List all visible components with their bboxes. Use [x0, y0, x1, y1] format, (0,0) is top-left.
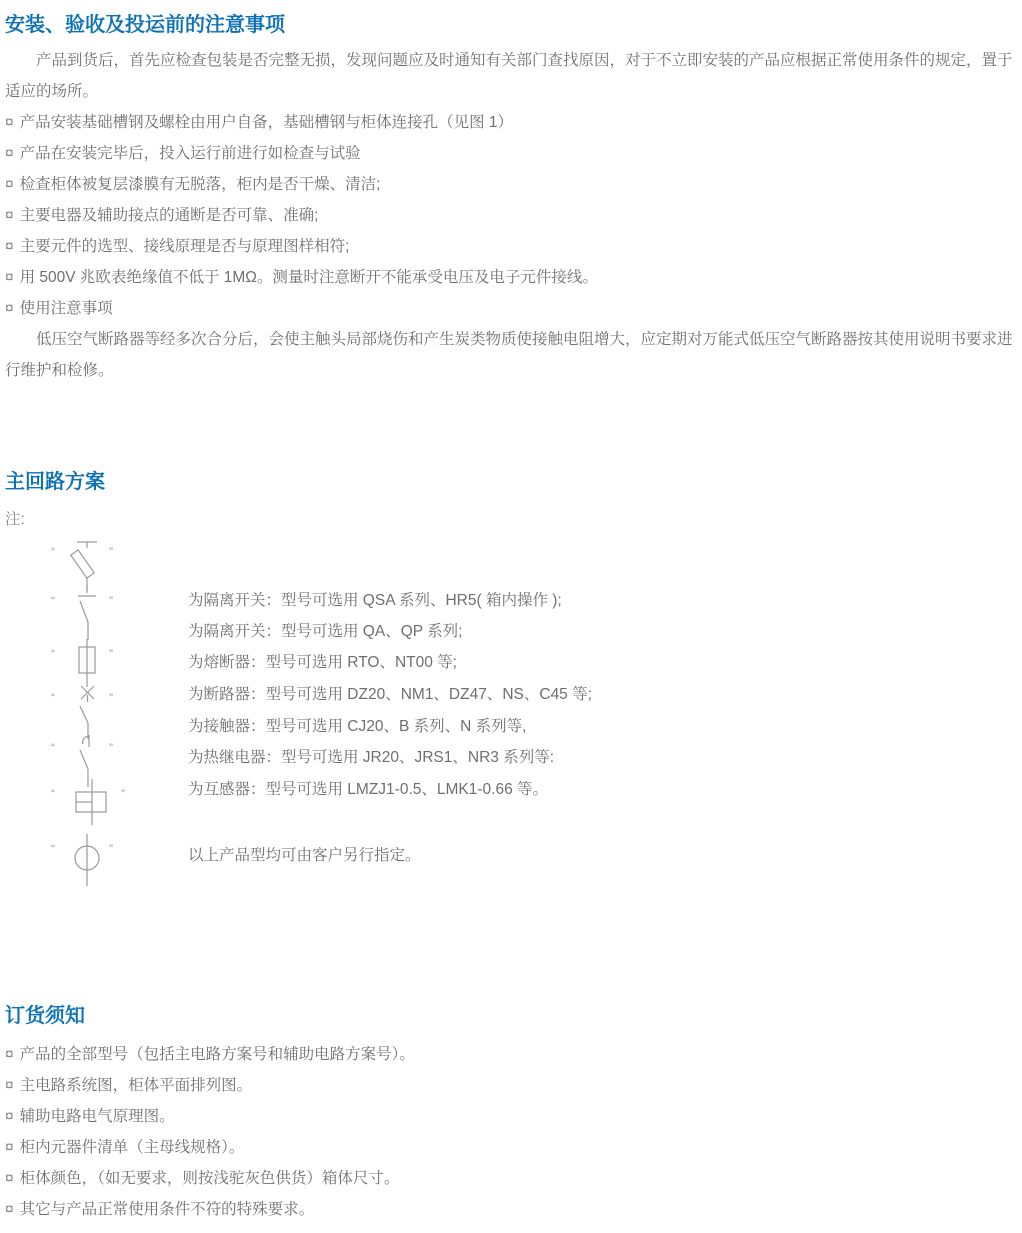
quote-open: “: [51, 537, 55, 558]
quote-close: ”: [109, 683, 113, 704]
bullet-marker: ¤: [5, 114, 14, 131]
bullet-text: 产品的全部型号（包括主电路方案号和辅助电路方案号）。: [20, 1046, 415, 1063]
quote-close: ”: [109, 537, 113, 558]
quote-open: “: [51, 639, 55, 660]
bullet-text: 检查柜体被复层漆膜有无脱落，柜内是否干燥、清洁;: [20, 176, 381, 193]
bullet-text: 主要元件的选型、接线原理是否与原理图样相符;: [20, 238, 350, 255]
bullet-marker: ¤: [5, 207, 14, 224]
quote-open: “: [51, 683, 55, 704]
bullet-item: ¤主电路系统图，柜体平面排列图。: [5, 1070, 1017, 1101]
current-transformer-rect-symbol: [62, 779, 114, 825]
legend-text-isolating-switch-2: 为隔离开关：型号可选用 QA、QP 系列;: [188, 621, 462, 643]
bullet-item: ¤产品安装基础槽钢及螺栓由用户自备，基础槽钢与柜体连接孔（见图 1）: [5, 107, 1017, 138]
bullet-item: ¤柜内元器件清单（主母线规格）。: [5, 1132, 1017, 1163]
legend-text-transformer: 为互感器：型号可选用 LMZJ1-0.5、LMK1-0.66 等。: [188, 779, 548, 801]
note-label: 注:: [5, 504, 1017, 535]
bullet-item: ¤主要元件的选型、接线原理是否与原理图样相符;: [5, 231, 1017, 262]
bullet-marker: ¤: [5, 176, 14, 193]
isolating-switch-symbol: [62, 586, 102, 640]
legend-text-isolating-switch-1: 为隔离开关：型号可选用 QSA 系列、HR5( 箱内操作 );: [188, 590, 562, 612]
bullet-marker: ¤: [5, 300, 14, 317]
quote-open: “: [51, 733, 55, 754]
fuse-icon: “ ”: [51, 639, 113, 687]
bullet-marker: ¤: [5, 1170, 14, 1187]
bullet-item: ¤检查柜体被复层漆膜有无脱落，柜内是否干燥、清洁;: [5, 169, 1017, 200]
quote-open: “: [51, 834, 55, 855]
bullet-marker: ¤: [5, 238, 14, 255]
bullet-item: ¤辅助电路电气原理图。: [5, 1101, 1017, 1132]
bullet-item: ¤其它与产品正常使用条件不符的特殊要求。: [5, 1194, 1017, 1225]
current-transformer-circle-icon: “ ”: [51, 834, 113, 886]
bullet-marker: ¤: [5, 1201, 14, 1218]
bullet-text: 其它与产品正常使用条件不符的特殊要求。: [20, 1201, 315, 1218]
usage-note-paragraph: 低压空气断路器等经多次合分后，会使主触头局部烧伤和产生炭类物质使接触电阻增大，应…: [5, 324, 1017, 386]
fuse-symbol: [62, 639, 102, 687]
bullet-item: ¤使用注意事项: [5, 293, 1017, 324]
quote-open: “: [51, 779, 55, 800]
intro-paragraph: 产品到货后，首先应检查包装是否完整无损，发现问题应及时通知有关部门查找原因，对于…: [5, 45, 1017, 107]
section-title-ordering-info: 订货须知: [5, 1004, 1017, 1028]
quote-close: ”: [121, 779, 125, 800]
fuse-switch-symbol: [62, 537, 102, 591]
current-transformer-rect-icon: “ ”: [51, 779, 125, 825]
installation-bullet-list: ¤产品安装基础槽钢及螺栓由用户自备，基础槽钢与柜体连接孔（见图 1） ¤产品在安…: [5, 107, 1017, 324]
current-transformer-circle-symbol: [62, 834, 102, 886]
quote-close: ”: [109, 733, 113, 754]
bullet-text: 柜内元器件清单（主母线规格）。: [20, 1139, 245, 1156]
legend-text-breaker: 为断路器：型号可选用 DZ20、NM1、DZ47、NS、C45 等;: [188, 684, 592, 706]
quote-open: “: [51, 586, 55, 607]
bullet-marker: ¤: [5, 1139, 14, 1156]
quote-close: ”: [109, 586, 113, 607]
legend-footer-note: 以上产品型均可由客户另行指定。: [188, 845, 421, 867]
bullet-text: 辅助电路电气原理图。: [20, 1108, 175, 1125]
section-title-installation-notes: 安装、验收及投运前的注意事项: [5, 13, 1017, 37]
ordering-bullet-list: ¤产品的全部型号（包括主电路方案号和辅助电路方案号）。 ¤主电路系统图，柜体平面…: [5, 1039, 1017, 1225]
bullet-text: 主要电器及辅助接点的通断是否可靠、准确;: [20, 207, 319, 224]
bullet-marker: ¤: [5, 1046, 14, 1063]
quote-close: ”: [109, 834, 113, 855]
bullet-marker: ¤: [5, 145, 14, 162]
circuit-symbol-legend: “ ” “ ” “: [5, 537, 1017, 915]
bullet-item: ¤产品的全部型号（包括主电路方案号和辅助电路方案号）。: [5, 1039, 1017, 1070]
bullet-item: ¤产品在安装完毕后，投入运行前进行如检查与试验: [5, 138, 1017, 169]
circuit-breaker-symbol: [62, 683, 102, 739]
bullet-text: 柜体颜色，（如无要求，则按浅驼灰色供货）箱体尺寸。: [20, 1170, 400, 1187]
bullet-item: ¤用 500V 兆欧表绝缘值不低于 1MΩ。测量时注意断开不能承受电压及电子元件…: [5, 262, 1017, 293]
bullet-item: ¤柜体颜色，（如无要求，则按浅驼灰色供货）箱体尺寸。: [5, 1163, 1017, 1194]
bullet-item: ¤主要电器及辅助接点的通断是否可靠、准确;: [5, 200, 1017, 231]
quote-close: ”: [109, 639, 113, 660]
bullet-marker: ¤: [5, 1108, 14, 1125]
circuit-breaker-icon: “ ”: [51, 683, 113, 739]
bullet-text: 产品安装基础槽钢及螺栓由用户自备，基础槽钢与柜体连接孔（见图 1）: [20, 114, 513, 131]
bullet-text: 产品在安装完毕后，投入运行前进行如检查与试验: [20, 145, 361, 162]
fuse-switch-icon: “ ”: [51, 537, 113, 591]
bullet-text: 使用注意事项: [20, 300, 113, 317]
legend-text-thermal-relay: 为热继电器：型号可选用 JR20、JRS1、NR3 系列等:: [188, 747, 554, 769]
legend-text-contactor: 为接触器：型号可选用 CJ20、B 系列、N 系列等,: [188, 716, 526, 738]
document-page: 安装、验收及投运前的注意事项 产品到货后，首先应检查包装是否完整无损，发现问题应…: [0, 0, 1022, 1225]
section-title-main-circuit: 主回路方案: [5, 470, 1017, 494]
legend-text-fuse: 为熔断器：型号可选用 RTO、NT00 等;: [188, 652, 457, 674]
isolating-switch-icon: “ ”: [51, 586, 113, 640]
bullet-marker: ¤: [5, 1077, 14, 1094]
bullet-text: 用 500V 兆欧表绝缘值不低于 1MΩ。测量时注意断开不能承受电压及电子元件接…: [20, 269, 598, 286]
bullet-text: 主电路系统图，柜体平面排列图。: [20, 1077, 253, 1094]
bullet-marker: ¤: [5, 269, 14, 286]
